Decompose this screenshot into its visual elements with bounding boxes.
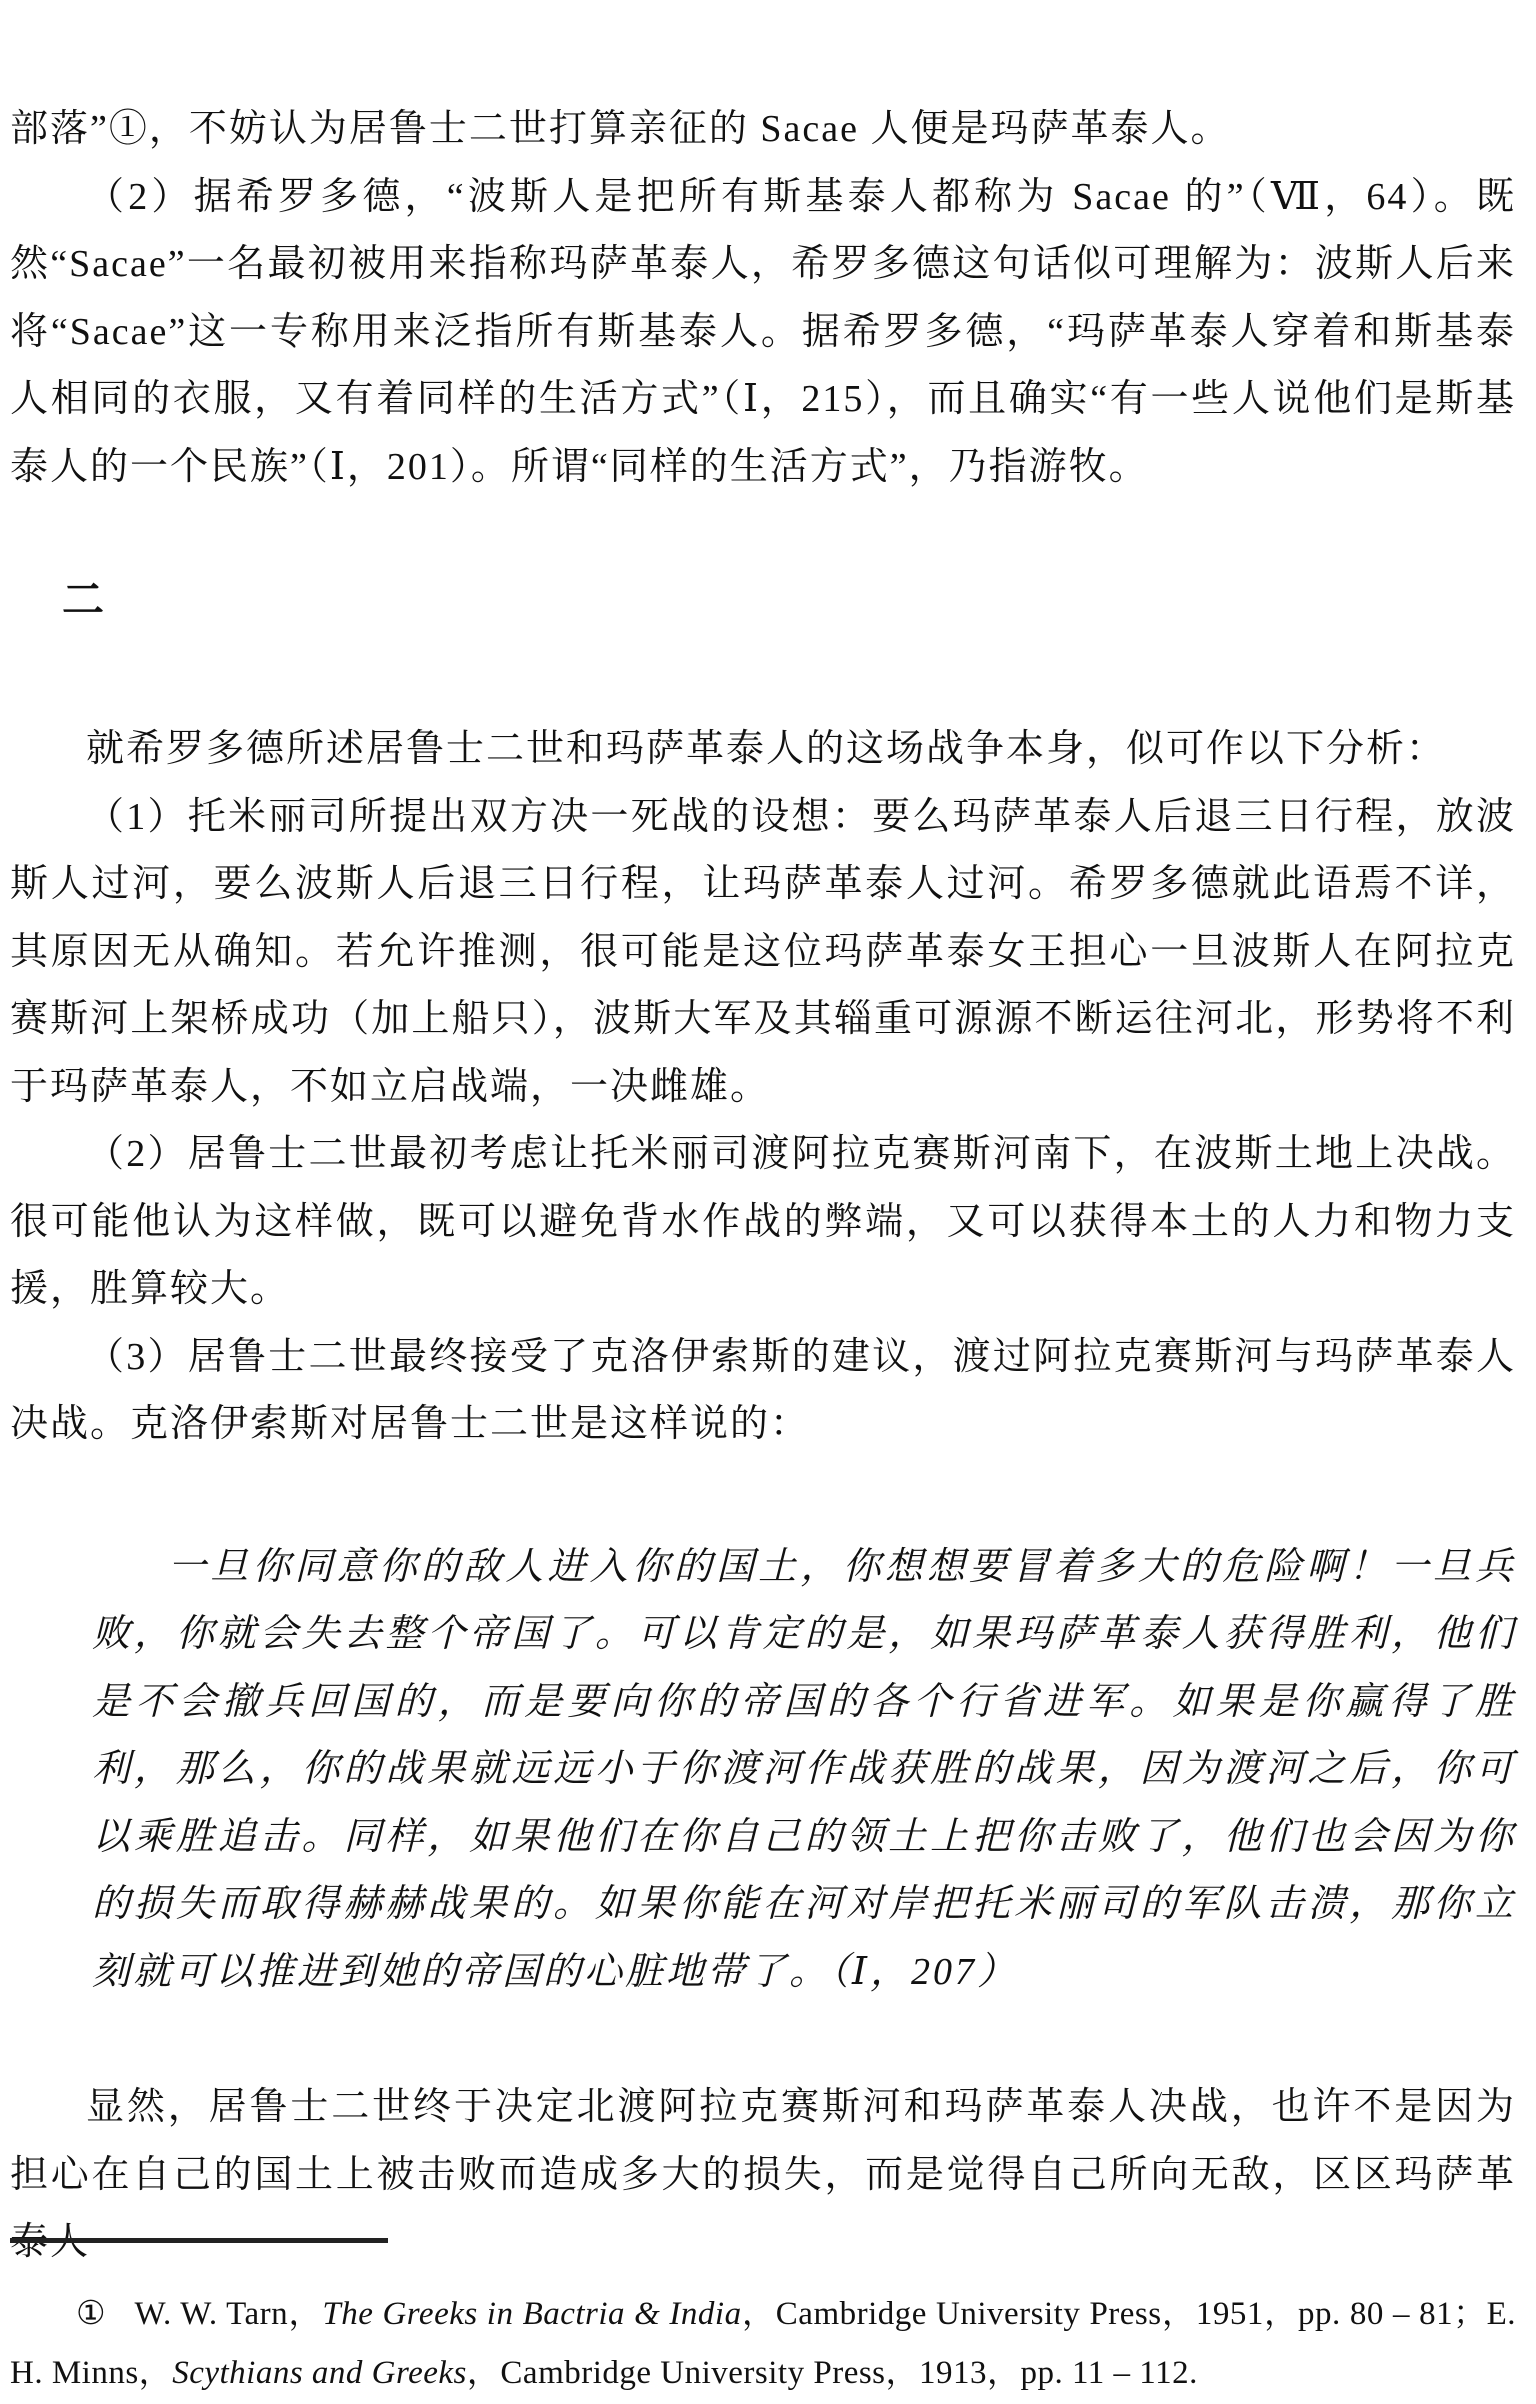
block-quote-croesus: 一旦你同意你的敌人进入你的国土，你想想要冒着多大的危险啊！一旦兵败，你就会失去整…	[92, 1534, 1516, 2007]
footnote-citation-author-1: W. W. Tarn，	[134, 2296, 322, 2332]
section-heading-two: 二	[62, 571, 1516, 631]
paragraph-analysis-3: （3）居鲁士二世最终接受了克洛伊索斯的建议，渡过阿拉克赛斯河与玛萨革泰人决战。克…	[10, 1324, 1516, 1459]
footnote-book-title-1: The Greeks in Bactria & India	[322, 2296, 741, 2332]
footnote-marker: ①	[76, 2296, 106, 2332]
footnote-book-title-2: Scythians and Greeks	[172, 2355, 467, 2391]
footnote-divider	[10, 2238, 388, 2243]
scanned-book-page: 部落”①，不妨认为居鲁士二世打算亲征的 Sacae 人便是玛萨革泰人。 （2）据…	[0, 0, 1536, 2404]
footnote-1: ①W. W. Tarn，The Greeks in Bactria & Indi…	[10, 2285, 1516, 2403]
main-text-block: 部落”①，不妨认为居鲁士二世打算亲征的 Sacae 人便是玛萨革泰人。 （2）据…	[10, 96, 1516, 2277]
paragraph-analysis-1: （1）托米丽司所提出双方决一死战的设想：要么玛萨革泰人后退三日行程，放波斯人过河…	[10, 784, 1516, 1122]
paragraph-point-sacae: （2）据希罗多德，“波斯人是把所有斯基泰人都称为 Sacae 的”（Ⅶ，64）。…	[10, 164, 1516, 502]
paragraph-analysis-intro: 就希罗多德所述居鲁士二世和玛萨革泰人的这场战争本身，似可作以下分析：	[10, 716, 1516, 784]
footnote-area: ①W. W. Tarn，The Greeks in Bactria & Indi…	[10, 2238, 1516, 2403]
footnote-citation-publisher-2: ，Cambridge University Press，1913，pp. 11 …	[467, 2355, 1198, 2391]
paragraph-continuation: 部落”①，不妨认为居鲁士二世打算亲征的 Sacae 人便是玛萨革泰人。	[10, 96, 1516, 164]
paragraph-analysis-2: （2）居鲁士二世最初考虑让托米丽司渡阿拉克赛斯河南下，在波斯土地上决战。很可能他…	[10, 1121, 1516, 1324]
